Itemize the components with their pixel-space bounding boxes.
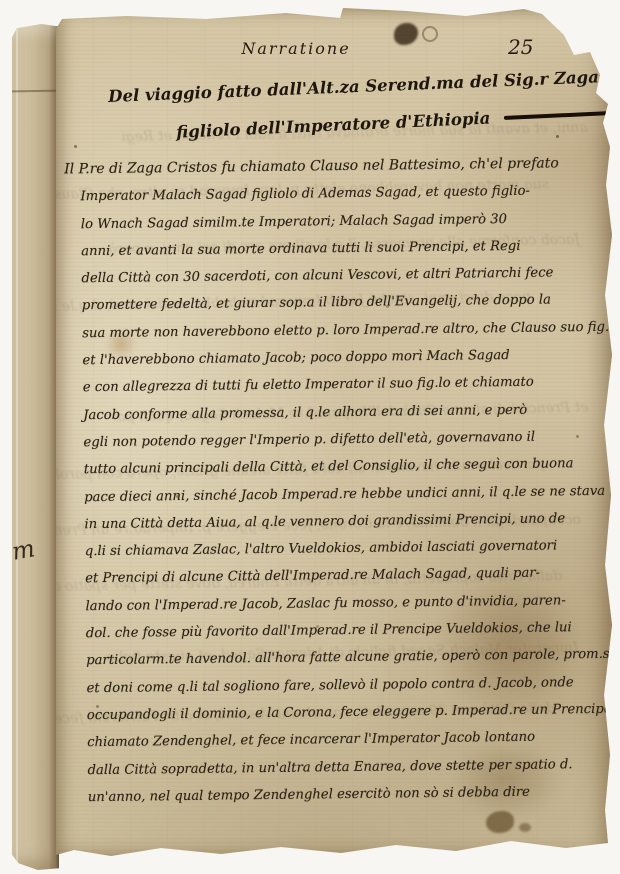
ink-specks (56, 5, 59, 8)
margin-ink-mark: m (10, 534, 37, 566)
manuscript-scan: m anni, et avanti la sua morte ordinava … (0, 0, 620, 874)
page-heading: Narratione (56, 39, 536, 58)
manuscript-page: anni, et avanti la sua morte ordinava tu… (56, 5, 614, 863)
book-binding-fold: m (12, 24, 59, 870)
title-line-2-row: figliolo dell'Imperatore d'Ethiopia (176, 103, 609, 142)
title-line-1: Del viaggio fatto dall'Alt.za Serend.ma … (108, 67, 608, 106)
ink-layer: 25 Narratione Del viaggio fatto dall'Alt… (56, 5, 614, 863)
binding-edge-highlight (16, 24, 18, 870)
body-text: Il P.re di Zaga Cristos fu chiamato Clau… (80, 150, 612, 811)
binding-fold-line (12, 90, 59, 93)
title-line-2: figliolo dell'Imperatore d'Ethiopia (176, 109, 491, 142)
title-flourish-dash (504, 111, 608, 120)
text-line: un'anno, nel qual tempo Zendenghel eserc… (88, 778, 612, 812)
